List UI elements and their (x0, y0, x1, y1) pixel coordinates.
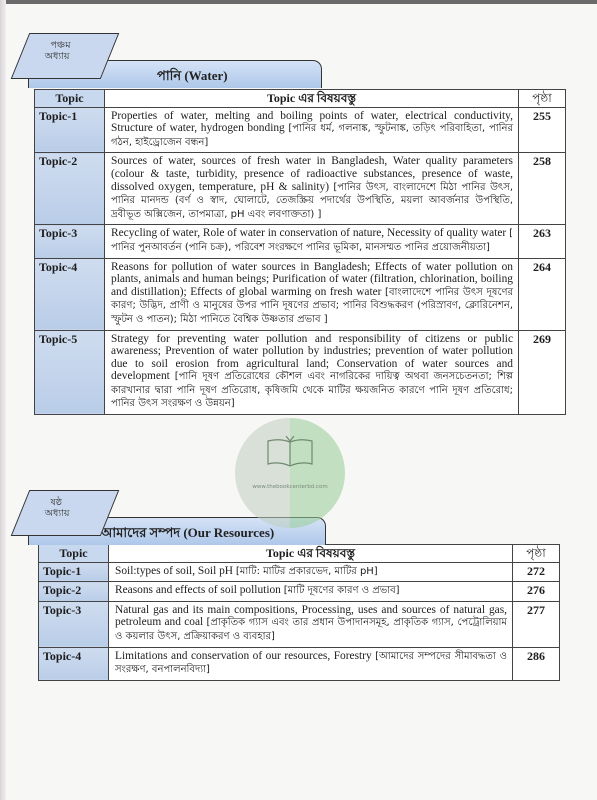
table-row: Topic-3Recycling of water, Role of water… (35, 225, 566, 258)
page-number: 263 (519, 225, 566, 258)
page-binding-shadow (0, 0, 6, 800)
header-topic: Topic (39, 545, 109, 563)
topic-description: Reasons for pollution of water sources i… (105, 258, 519, 330)
chapter-title: আমাদের সম্পদ (Our Resources) (101, 524, 274, 545)
table-row: Topic-4Reasons for pollution of water so… (35, 258, 566, 330)
topic-table: Topic Topic এর বিষয়বস্তু পৃষ্ঠা Topic-1… (38, 544, 560, 681)
page-number: 258 (519, 153, 566, 225)
description-english: Soil:types of soil, Soil pH (115, 565, 233, 577)
description-bengali: [পানি দূষণ প্রতিরোধের কৌশল এবং নাগরিকের … (111, 371, 513, 409)
page-number: 277 (513, 601, 560, 647)
table-row: Topic-3Natural gas and its main composit… (39, 601, 560, 647)
table-row: Topic-1Soil:types of soil, Soil pH [মাটি… (39, 562, 560, 582)
topic-description: Reasons and effects of soil pollution [ম… (109, 582, 513, 602)
table-row: Topic-5Strategy for preventing water pol… (35, 330, 566, 415)
topic-description: Sources of water, sources of fresh water… (105, 153, 519, 225)
chapter-ordinal: পঞ্চম (26, 34, 114, 51)
watermark-logo: www.thebookcenterbd.com (235, 418, 345, 528)
table-row: Topic-1Properties of water, melting and … (35, 107, 566, 153)
page-number: 264 (519, 258, 566, 330)
table-header-row: Topic Topic এর বিষয়বস্তু পৃষ্ঠা (39, 545, 560, 563)
header-content: Topic এর বিষয়বস্তু (109, 545, 513, 563)
topic-label: Topic-1 (39, 562, 109, 582)
description-bengali: [মাটি দূষণের কারণ ও প্রভাব] (284, 585, 400, 596)
chapter-number-tag: পঞ্চম অধ্যায় (11, 33, 120, 79)
topic-table: Topic Topic এর বিষয়বস্তু পৃষ্ঠা Topic-1… (34, 89, 566, 415)
topic-label: Topic-3 (39, 601, 109, 647)
description-bengali: [মাটি: মাটির প্রকারভেদ, মাটির pH] (236, 566, 378, 577)
description-english: Limitations and conservation of our reso… (115, 650, 372, 662)
table-row: Topic-2Reasons and effects of soil pollu… (39, 582, 560, 602)
header-topic: Topic (35, 90, 105, 108)
chapter-label: অধ্যায় (21, 508, 109, 519)
table-row: Topic-2Sources of water, sources of fres… (35, 153, 566, 225)
chapter-title: পানি (Water) (157, 67, 228, 88)
page-top-edge (0, 0, 597, 4)
topic-label: Topic-4 (39, 647, 109, 680)
table-header-row: Topic Topic এর বিষয়বস্তু পৃষ্ঠা (35, 90, 566, 108)
topic-label: Topic-4 (35, 258, 105, 330)
topic-label: Topic-5 (35, 330, 105, 415)
table-row: Topic-4Limitations and conservation of o… (39, 647, 560, 680)
topic-description: Recycling of water, Role of water in con… (105, 225, 519, 258)
watermark-url: www.thebookcenterbd.com (235, 484, 345, 490)
page-number: 272 (513, 562, 560, 582)
page-number: 255 (519, 107, 566, 153)
description-english: Recycling of water, Role of water in con… (111, 227, 506, 239)
topic-description: Properties of water, melting and boiling… (105, 107, 519, 153)
page-number: 269 (519, 330, 566, 415)
chapter-ordinal: ষষ্ঠ (26, 491, 114, 508)
page-number: 286 (513, 647, 560, 680)
open-book-icon (265, 436, 315, 470)
topic-description: Natural gas and its main compositions, P… (109, 601, 513, 647)
topic-label: Topic-2 (35, 153, 105, 225)
bleed-through-text (60, 700, 520, 780)
header-content: Topic এর বিষয়বস্তু (105, 90, 519, 108)
header-page: পৃষ্ঠা (519, 90, 566, 108)
description-english: Reasons and effects of soil pollution (115, 584, 281, 596)
chapter-label: অধ্যায় (21, 51, 109, 62)
header-page: পৃষ্ঠা (513, 545, 560, 563)
topic-description: Limitations and conservation of our reso… (109, 647, 513, 680)
topic-description: Strategy for preventing water pollution … (105, 330, 519, 415)
topic-label: Topic-3 (35, 225, 105, 258)
topic-label: Topic-2 (39, 582, 109, 602)
topic-label: Topic-1 (35, 107, 105, 153)
page-number: 276 (513, 582, 560, 602)
topic-description: Soil:types of soil, Soil pH [মাটি: মাটির… (109, 562, 513, 582)
chapter-number-tag: ষষ্ঠ অধ্যায় (11, 490, 120, 536)
